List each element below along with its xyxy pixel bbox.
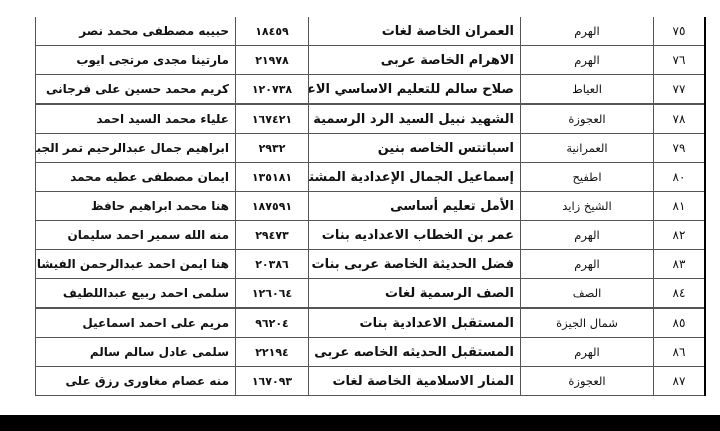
- student-name-cell: مارتينا مجدى مرتجى ايوب: [36, 46, 236, 75]
- district-cell: اطفيح: [521, 163, 654, 192]
- school-cell: العمران الخاصة لغات: [309, 17, 521, 46]
- seat-number-cell: ٢٢١٩٤: [236, 338, 309, 367]
- row-index: ٨٦: [654, 338, 706, 367]
- row-index: ٧٩: [654, 134, 706, 163]
- school-cell: المستقبل الاعدادية بنات: [309, 308, 521, 338]
- school-cell: الاهرام الخاصة عربى: [309, 46, 521, 75]
- row-index: ٨١: [654, 192, 706, 221]
- seat-number-cell: ٢٠٣٨٦: [236, 250, 309, 279]
- school-cell: الأمل تعليم أساسى: [309, 192, 521, 221]
- district-cell: الهرم: [521, 17, 654, 46]
- bottom-black-bar: [0, 415, 720, 431]
- seat-number-cell: ١٣٥١٨١: [236, 163, 309, 192]
- student-name-cell: ابراهيم جمال عبدالرحيم تمر الجبالى: [36, 134, 236, 163]
- seat-number-cell: ١٦٧٠٩٣: [236, 367, 309, 396]
- district-cell: الصف: [521, 279, 654, 309]
- table-row: ٧٩العمرانيةاسباتتس الخاصه بنين٢٩٣٢ابراهي…: [36, 134, 706, 163]
- district-cell: الهرم: [521, 46, 654, 75]
- school-cell: المستقبل الحديثه الخاصه عربى: [309, 338, 521, 367]
- table-row: ٨٥شمال الجيزةالمستقبل الاعدادية بنات٩٦٢٠…: [36, 308, 706, 338]
- seat-number-cell: ٢٩٣٢: [236, 134, 309, 163]
- table-row: ٨٦الهرمالمستقبل الحديثه الخاصه عربى٢٢١٩٤…: [36, 338, 706, 367]
- district-cell: الهرم: [521, 338, 654, 367]
- school-cell: الصف الرسمية لغات: [309, 279, 521, 309]
- student-name-cell: سلمى احمد ربيع عبداللطيف: [36, 279, 236, 309]
- row-index: ٧٥: [654, 17, 706, 46]
- row-index: ٨٣: [654, 250, 706, 279]
- seat-number-cell: ٢٩٤٧٣: [236, 221, 309, 250]
- district-cell: العجوزة: [521, 104, 654, 134]
- seat-number-cell: ٢١٩٧٨: [236, 46, 309, 75]
- student-name-cell: حبيبه مصطفى محمد نصر: [36, 17, 236, 46]
- row-index: ٨٢: [654, 221, 706, 250]
- table-row: ٨٢الهرمعمر بن الخطاب الاعداديه بنات٢٩٤٧٣…: [36, 221, 706, 250]
- district-cell: العياط: [521, 75, 654, 105]
- school-cell: اسباتتس الخاصه بنين: [309, 134, 521, 163]
- table-row: ٨١الشيخ زايدالأمل تعليم أساسى١٨٧٥٩١هنا م…: [36, 192, 706, 221]
- table-row: ٧٥الهرمالعمران الخاصة لغات١٨٤٥٩حبيبه مصط…: [36, 17, 706, 46]
- student-name-cell: منه الله سمير احمد سليمان: [36, 221, 236, 250]
- row-index: ٨٥: [654, 308, 706, 338]
- district-cell: الهرم: [521, 250, 654, 279]
- student-name-cell: هنا محمد ابراهيم حافظ: [36, 192, 236, 221]
- school-cell: المنار الاسلامية الخاصة لغات: [309, 367, 521, 396]
- district-cell: العجوزة: [521, 367, 654, 396]
- results-table: ٧٥الهرمالعمران الخاصة لغات١٨٤٥٩حبيبه مصط…: [35, 17, 706, 396]
- table-row: ٧٦الهرمالاهرام الخاصة عربى٢١٩٧٨مارتينا م…: [36, 46, 706, 75]
- seat-number-cell: ١٢٦٠٦٤: [236, 279, 309, 309]
- district-cell: الهرم: [521, 221, 654, 250]
- district-cell: شمال الجيزة: [521, 308, 654, 338]
- student-name-cell: ايمان مصطفى عطيه محمد: [36, 163, 236, 192]
- table-row: ٧٧العياطصلاح سالم للتعليم الاساسي الاعدا…: [36, 75, 706, 105]
- seat-number-cell: ١٨٤٥٩: [236, 17, 309, 46]
- table-row: ٨٤الصفالصف الرسمية لغات١٢٦٠٦٤سلمى احمد ر…: [36, 279, 706, 309]
- student-name-cell: كريم محمد حسين على فرجانى: [36, 75, 236, 105]
- seat-number-cell: ٩٦٢٠٤: [236, 308, 309, 338]
- school-cell: إسماعيل الجمال الإعدادية المشتركة: [309, 163, 521, 192]
- row-index: ٧٧: [654, 75, 706, 105]
- table-row: ٨٠اطفيحإسماعيل الجمال الإعدادية المشتركة…: [36, 163, 706, 192]
- row-index: ٧٦: [654, 46, 706, 75]
- student-name-cell: سلمى عادل سالم سالم: [36, 338, 236, 367]
- row-index: ٨٠: [654, 163, 706, 192]
- student-name-cell: مريم على احمد اسماعيل: [36, 308, 236, 338]
- student-name-cell: علياء محمد السيد احمد: [36, 104, 236, 134]
- row-index: ٨٧: [654, 367, 706, 396]
- row-index: ٧٨: [654, 104, 706, 134]
- student-name-cell: منه عصام مغاورى رزق على: [36, 367, 236, 396]
- table-row: ٧٨العجوزةالشهيد نبيل السيد الرد الرسمية …: [36, 104, 706, 134]
- seat-number-cell: ١٢٠٧٣٨: [236, 75, 309, 105]
- table-row: ٨٣الهرمفضل الحديثة الخاصة عربى بنات٢٠٣٨٦…: [36, 250, 706, 279]
- school-cell: صلاح سالم للتعليم الاساسي الاعدادى: [309, 75, 521, 105]
- school-cell: فضل الحديثة الخاصة عربى بنات: [309, 250, 521, 279]
- school-cell: الشهيد نبيل السيد الرد الرسمية لغات: [309, 104, 521, 134]
- student-name-cell: هنا ايمن احمد عبدالرحمن الفيشاوى: [36, 250, 236, 279]
- seat-number-cell: ١٦٧٤٢١: [236, 104, 309, 134]
- district-cell: العمرانية: [521, 134, 654, 163]
- results-table-container: ٧٥الهرمالعمران الخاصة لغات١٨٤٥٩حبيبه مصط…: [35, 17, 706, 396]
- table-row: ٨٧العجوزةالمنار الاسلامية الخاصة لغات١٦٧…: [36, 367, 706, 396]
- school-cell: عمر بن الخطاب الاعداديه بنات: [309, 221, 521, 250]
- row-index: ٨٤: [654, 279, 706, 309]
- seat-number-cell: ١٨٧٥٩١: [236, 192, 309, 221]
- district-cell: الشيخ زايد: [521, 192, 654, 221]
